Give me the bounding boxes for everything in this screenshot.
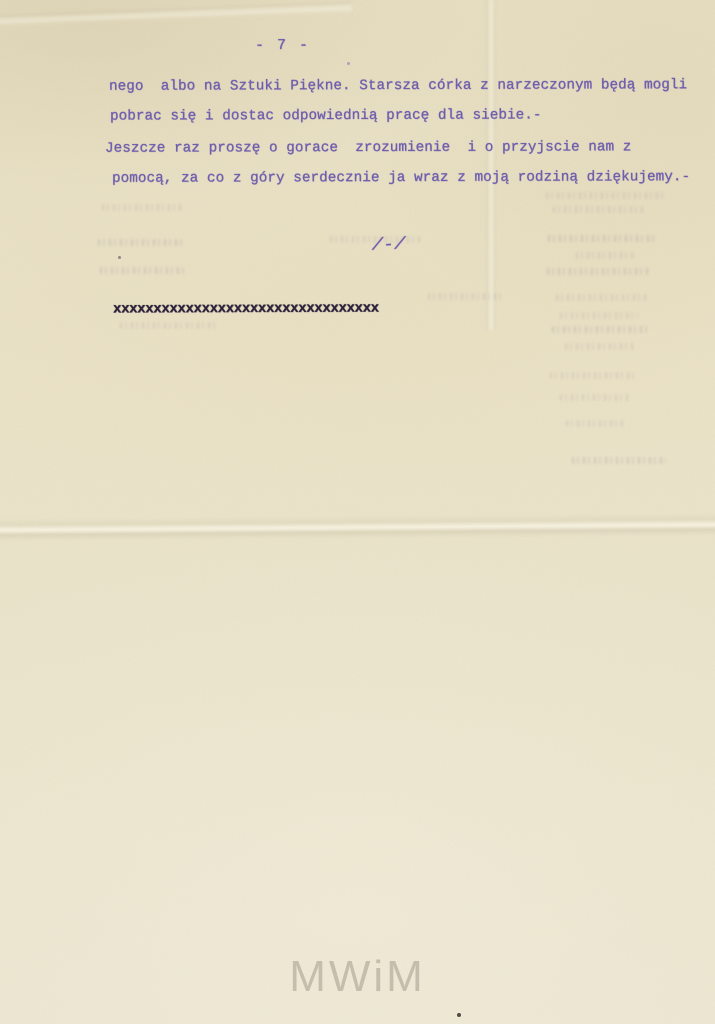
bleedthrough-text (565, 343, 635, 350)
bleedthrough-text (560, 394, 630, 401)
bleedthrough-text (572, 457, 666, 464)
typed-line-3: Jeszcze raz proszę o gorace zrozumienie … (105, 139, 631, 156)
bleedthrough-text (120, 322, 216, 329)
bleedthrough-text (100, 267, 186, 274)
bleedthrough-text (550, 372, 638, 379)
bleedthrough-text (98, 239, 186, 246)
bleedthrough-text (553, 206, 645, 213)
bleedthrough-text (566, 420, 624, 427)
ink-speck (347, 62, 350, 65)
typed-line-2: pobrac się i dostac odpowiednią pracę dl… (110, 107, 542, 124)
top-fold-crease (0, 1, 352, 27)
page-number: - 7 - (255, 37, 310, 54)
dust-speck (118, 256, 121, 259)
bleedthrough-text (560, 312, 638, 319)
bleedthrough-text (547, 268, 651, 275)
mwim-watermark: MWiM (0, 952, 715, 1002)
bleedthrough-text (546, 192, 664, 199)
strikeout-x-row: xxxxxxxxxxxxxxxxxxxxxxxxxxxxxxxxx (113, 301, 379, 318)
bleedthrough-text (330, 236, 422, 243)
bleedthrough-text (556, 294, 648, 301)
bleedthrough-text (552, 326, 650, 333)
bleedthrough-text (548, 235, 656, 242)
bleedthrough-text (102, 204, 184, 211)
typed-line-1: nego albo na Sztuki Piękne. Starsza córk… (109, 77, 687, 95)
vertical-fold-streak (486, 0, 496, 330)
bleedthrough-text (428, 293, 502, 300)
bleedthrough-text (576, 252, 634, 259)
scanned-document-page: - 7 - nego albo na Sztuki Piękne. Starsz… (0, 0, 715, 1024)
typed-line-4: pomocą, za co z góry serdecznie ja wraz … (112, 169, 690, 187)
horizontal-fold-crease (0, 513, 715, 541)
dust-speck (457, 1013, 461, 1017)
